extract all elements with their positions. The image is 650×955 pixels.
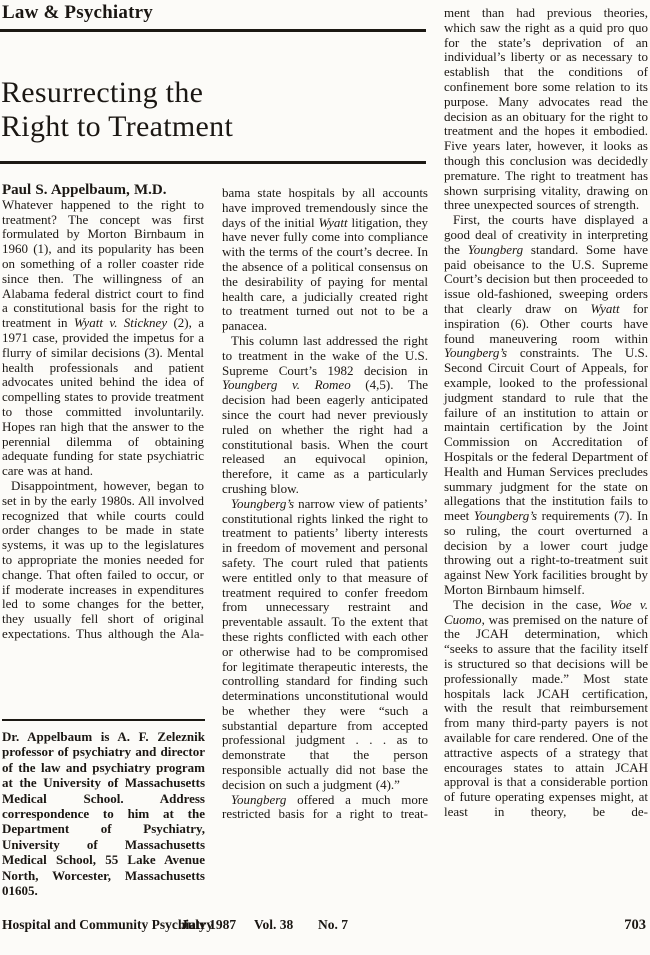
issue-number-label: No. 7: [318, 917, 348, 933]
text-column-3: ment than had previous theories, which s…: [444, 6, 648, 820]
column-section-label: Law & Psychiatry: [2, 2, 153, 24]
article-paragraph: ment than had previous theories, which s…: [444, 6, 648, 213]
article-paragraph: Disappointment, however, began to set in…: [2, 479, 204, 642]
header-divider: [0, 29, 426, 32]
article-paragraph: Whatever happened to the right to treatm…: [2, 198, 204, 479]
article-paragraph: First, the courts have displayed a good …: [444, 213, 648, 598]
article-paragraph: bama state hospitals by all accounts hav…: [222, 186, 428, 334]
text-column-1: Paul S. Appelbaum, M.D. Whatever happene…: [2, 183, 204, 642]
journal-page: Law & Psychiatry Resurrecting the Right …: [0, 0, 650, 955]
article-title: Resurrecting the Right to Treatment: [1, 76, 233, 144]
affiliation-text: Dr. Appelbaum is A. F. Zeleznik professo…: [2, 729, 205, 898]
article-paragraph: The decision in the case, Woe v. Cuomo, …: [444, 598, 648, 820]
volume-label: Vol. 38: [254, 917, 293, 933]
author-affiliation-note: Dr. Appelbaum is A. F. Zeleznik professo…: [2, 719, 205, 898]
article-paragraph: Youngberg’s narrow view of patients’ con…: [222, 497, 428, 793]
author-byline: Paul S. Appelbaum, M.D.: [2, 183, 204, 198]
page-footer: Hospital and Community Psychiatry July 1…: [0, 917, 650, 937]
title-divider: [0, 161, 426, 164]
article-title-line-1: Resurrecting the: [1, 76, 233, 110]
article-title-line-2: Right to Treatment: [1, 110, 233, 144]
article-paragraph: This column last addressed the right to …: [222, 334, 428, 497]
text-column-2: bama state hospitals by all accounts hav…: [222, 186, 428, 822]
article-paragraph: Youngberg offered a much more restricted…: [222, 793, 428, 823]
issue-date: July 1987: [181, 917, 236, 933]
page-number: 703: [624, 917, 646, 934]
